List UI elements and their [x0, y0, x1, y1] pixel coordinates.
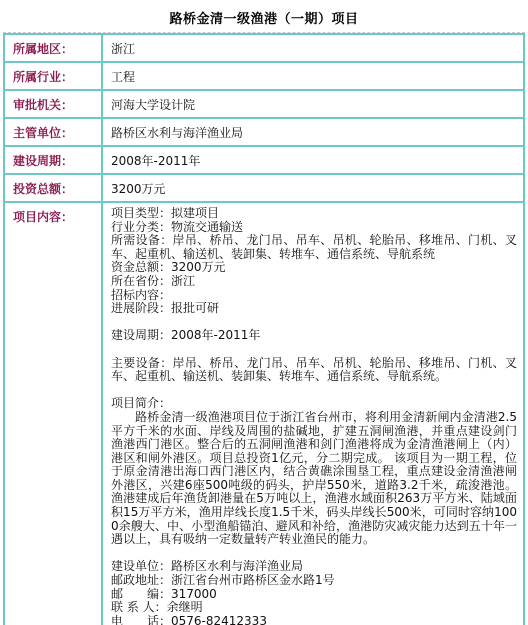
content-line: 建设单位：路桥区水利与海洋渔业局 [111, 560, 517, 574]
row-label-construction-period: 建设周期： [4, 146, 102, 174]
row-label-project-content: 项目内容： [4, 202, 102, 625]
row-label-approval-authority: 审批机关： [4, 90, 102, 118]
table-row-industry: 所属行业： 工程 [4, 62, 524, 90]
row-label-supervising-unit: 主管单位： [4, 118, 102, 146]
project-content-text: 项目类型：拟建项目行业分类：物流交通输送所需设备：岸吊、桥吊、龙门吊、吊车、吊机… [102, 202, 524, 625]
table-row-project-content: 项目内容： 项目类型：拟建项目行业分类：物流交通输送所需设备：岸吊、桥吊、龙门吊… [4, 202, 524, 625]
page-title: 路桥金清一级渔港（一期）项目 [0, 0, 528, 32]
table-row-total-investment: 投资总额： 3200万元 [4, 174, 524, 202]
content-line: 资金总额：3200万元 [111, 261, 517, 275]
content-line [111, 343, 517, 357]
content-line: 项目简介： [111, 397, 517, 411]
content-line: 建设周期：2008年-2011年 [111, 329, 517, 343]
row-value-construction-period: 2008年-2011年 [102, 146, 524, 174]
row-value-total-investment: 3200万元 [102, 174, 524, 202]
row-value-supervising-unit: 路桥区水利与海洋渔业局 [102, 118, 524, 146]
content-line: 主要设备：岸吊、桥吊、龙门吊、吊车、吊机、轮胎吊、移堆吊、门机、叉车、起重机、输… [111, 357, 517, 384]
content-line: 联 系 人：余继明 [111, 601, 517, 615]
table-row-supervising-unit: 主管单位： 路桥区水利与海洋渔业局 [4, 118, 524, 146]
content-line: 所在省份：浙江 [111, 275, 517, 289]
row-label-region: 所属地区： [4, 34, 102, 62]
row-label-industry: 所属行业： [4, 62, 102, 90]
content-line: 电 话：0576-82412333 [111, 615, 517, 625]
content-line: 路桥金清一级渔港项目位于浙江省台州市，将利用金清新闸内金清港2.5平方千米的水面… [111, 411, 517, 547]
content-line: 邮政地址：浙江省台州市路桥区金水路1号 [111, 574, 517, 588]
table-row-approval-authority: 审批机关： 河海大学设计院 [4, 90, 524, 118]
project-info-table: 所属地区： 浙江 所属行业： 工程 审批机关： 河海大学设计院 主管单位： 路桥… [3, 33, 525, 625]
table-row-construction-period: 建设周期： 2008年-2011年 [4, 146, 524, 174]
row-label-total-investment: 投资总额： [4, 174, 102, 202]
content-line: 进展阶段：报批可研 [111, 302, 517, 316]
row-value-industry: 工程 [102, 62, 524, 90]
content-line [111, 384, 517, 398]
content-line: 邮 编：317000 [111, 588, 517, 602]
row-value-approval-authority: 河海大学设计院 [102, 90, 524, 118]
row-value-region: 浙江 [102, 34, 524, 62]
content-line: 所需设备：岸吊、桥吊、龙门吊、吊车、吊机、轮胎吊、移堆吊、门机、叉车、起重机、输… [111, 234, 517, 261]
content-line: 项目类型：拟建项目 [111, 207, 517, 221]
table-row-region: 所属地区： 浙江 [4, 34, 524, 62]
